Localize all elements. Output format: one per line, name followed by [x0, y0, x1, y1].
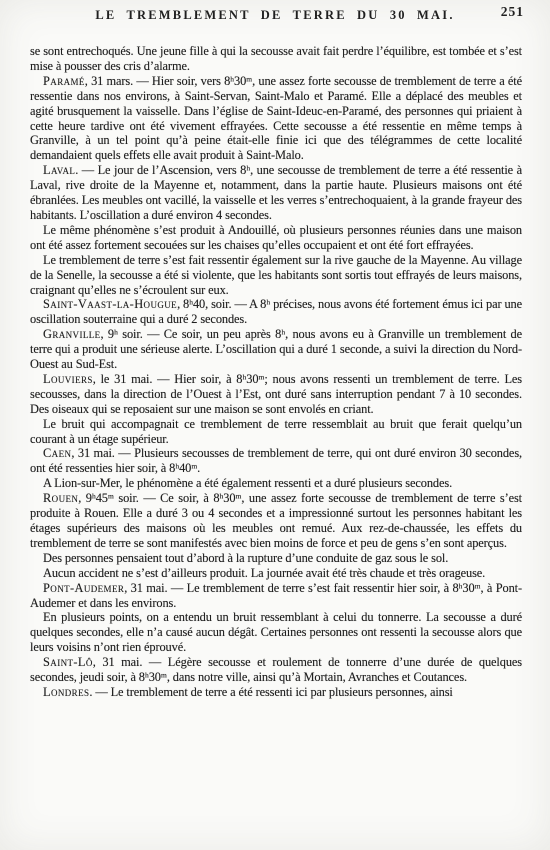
place-name: Pont-Audemer — [43, 581, 124, 595]
paragraph: Granville, 9ʰ soir. — Ce soir, un peu ap… — [30, 327, 522, 372]
page-header: LE TREMBLEMENT DE TERRE DU 30 MAI. 251 — [0, 0, 550, 34]
place-name: Londres — [43, 685, 89, 699]
paragraph-text: En plusieurs points, on a entendu un bru… — [30, 610, 522, 654]
paragraph: Le même phénomène s’est produit à Andoui… — [30, 223, 522, 253]
paragraph: Des personnes pensaient tout d’abord à l… — [30, 551, 522, 566]
paragraph-text: , 9ʰ soir. — Ce soir, un peu après 8ʰ, n… — [30, 327, 522, 371]
paragraph: Saint-Vaast-la-Hougue, 8ʰ40, soir. — A 8… — [30, 297, 522, 327]
paragraph: A Lion-sur-Mer, le phénomène a été égale… — [30, 476, 522, 491]
paragraph-text: , le 31 mai. — Hier soir, à 8ʰ30ᵐ; nous … — [30, 372, 522, 416]
paragraph: Laval. — Le jour de l’Ascension, vers 8ʰ… — [30, 163, 522, 223]
place-name: Laval — [43, 163, 75, 177]
paragraph-text: , 31 mai. — Légère secousse et roulement… — [30, 655, 522, 684]
paragraph-text: . — Le tremblement de terre a été ressen… — [89, 685, 452, 699]
paragraph: Aucun accident ne s’est d’ailleurs produ… — [30, 566, 522, 581]
place-name: Caen — [43, 446, 71, 460]
place-name: Saint-Vaast-la-Hougue — [43, 297, 177, 311]
place-name: Granville — [43, 327, 101, 341]
page-number: 251 — [501, 4, 524, 20]
paragraph-text: Le tremblement de terre s’est fait resse… — [30, 253, 522, 297]
paragraph-text: , 9ʰ45ᵐ soir. — Ce soir, à 8ʰ30ᵐ, une as… — [30, 491, 522, 550]
paragraph: Saint-Lô, 31 mai. — Légère secousse et r… — [30, 655, 522, 685]
paragraph-text: A Lion-sur-Mer, le phénomène a été égale… — [43, 476, 452, 490]
place-name: Saint-Lô — [43, 655, 93, 669]
paragraph: se sont entrechoqués. Une jeune fille à … — [30, 44, 522, 74]
place-name: Paramé — [43, 74, 85, 88]
book-page: LE TREMBLEMENT DE TERRE DU 30 MAI. 251 s… — [0, 0, 550, 850]
paragraph-text: Aucun accident ne s’est d’ailleurs produ… — [43, 566, 485, 580]
paragraph: Caen, 31 mai. — Plusieurs secousses de t… — [30, 446, 522, 476]
paragraph: Rouen, 9ʰ45ᵐ soir. — Ce soir, à 8ʰ30ᵐ, u… — [30, 491, 522, 551]
paragraph-text: Le même phénomène s’est produit à Andoui… — [30, 223, 522, 252]
paragraph: Londres. — Le tremblement de terre a été… — [30, 685, 522, 700]
paragraph-text: Le bruit qui accompagnait ce tremblement… — [30, 417, 522, 446]
place-name: Rouen — [43, 491, 78, 505]
paragraph: Le tremblement de terre s’est fait resse… — [30, 253, 522, 298]
paragraph: Pont-Audemer, 31 mai. — Le tremblement d… — [30, 581, 522, 611]
paragraph: Paramé, 31 mars. — Hier soir, vers 8ʰ30ᵐ… — [30, 74, 522, 163]
paragraph-text: se sont entrechoqués. Une jeune fille à … — [30, 44, 522, 73]
paragraph: Louviers, le 31 mai. — Hier soir, à 8ʰ30… — [30, 372, 522, 417]
paragraph-text: . — Le jour de l’Ascension, vers 8ʰ, une… — [30, 163, 522, 222]
paragraph: En plusieurs points, on a entendu un bru… — [30, 610, 522, 655]
running-title: LE TREMBLEMENT DE TERRE DU 30 MAI. — [0, 8, 550, 23]
paragraph: Le bruit qui accompagnait ce tremblement… — [30, 417, 522, 447]
paragraph-text: , 31 mars. — Hier soir, vers 8ʰ30ᵐ, une … — [30, 74, 522, 163]
paragraph-text: Des personnes pensaient tout d’abord à l… — [43, 551, 448, 565]
place-name: Louviers — [43, 372, 93, 386]
paragraph-text: , 31 mai. — Plusieurs secousses de tremb… — [30, 446, 522, 475]
text-body: se sont entrechoqués. Une jeune fille à … — [0, 34, 550, 700]
